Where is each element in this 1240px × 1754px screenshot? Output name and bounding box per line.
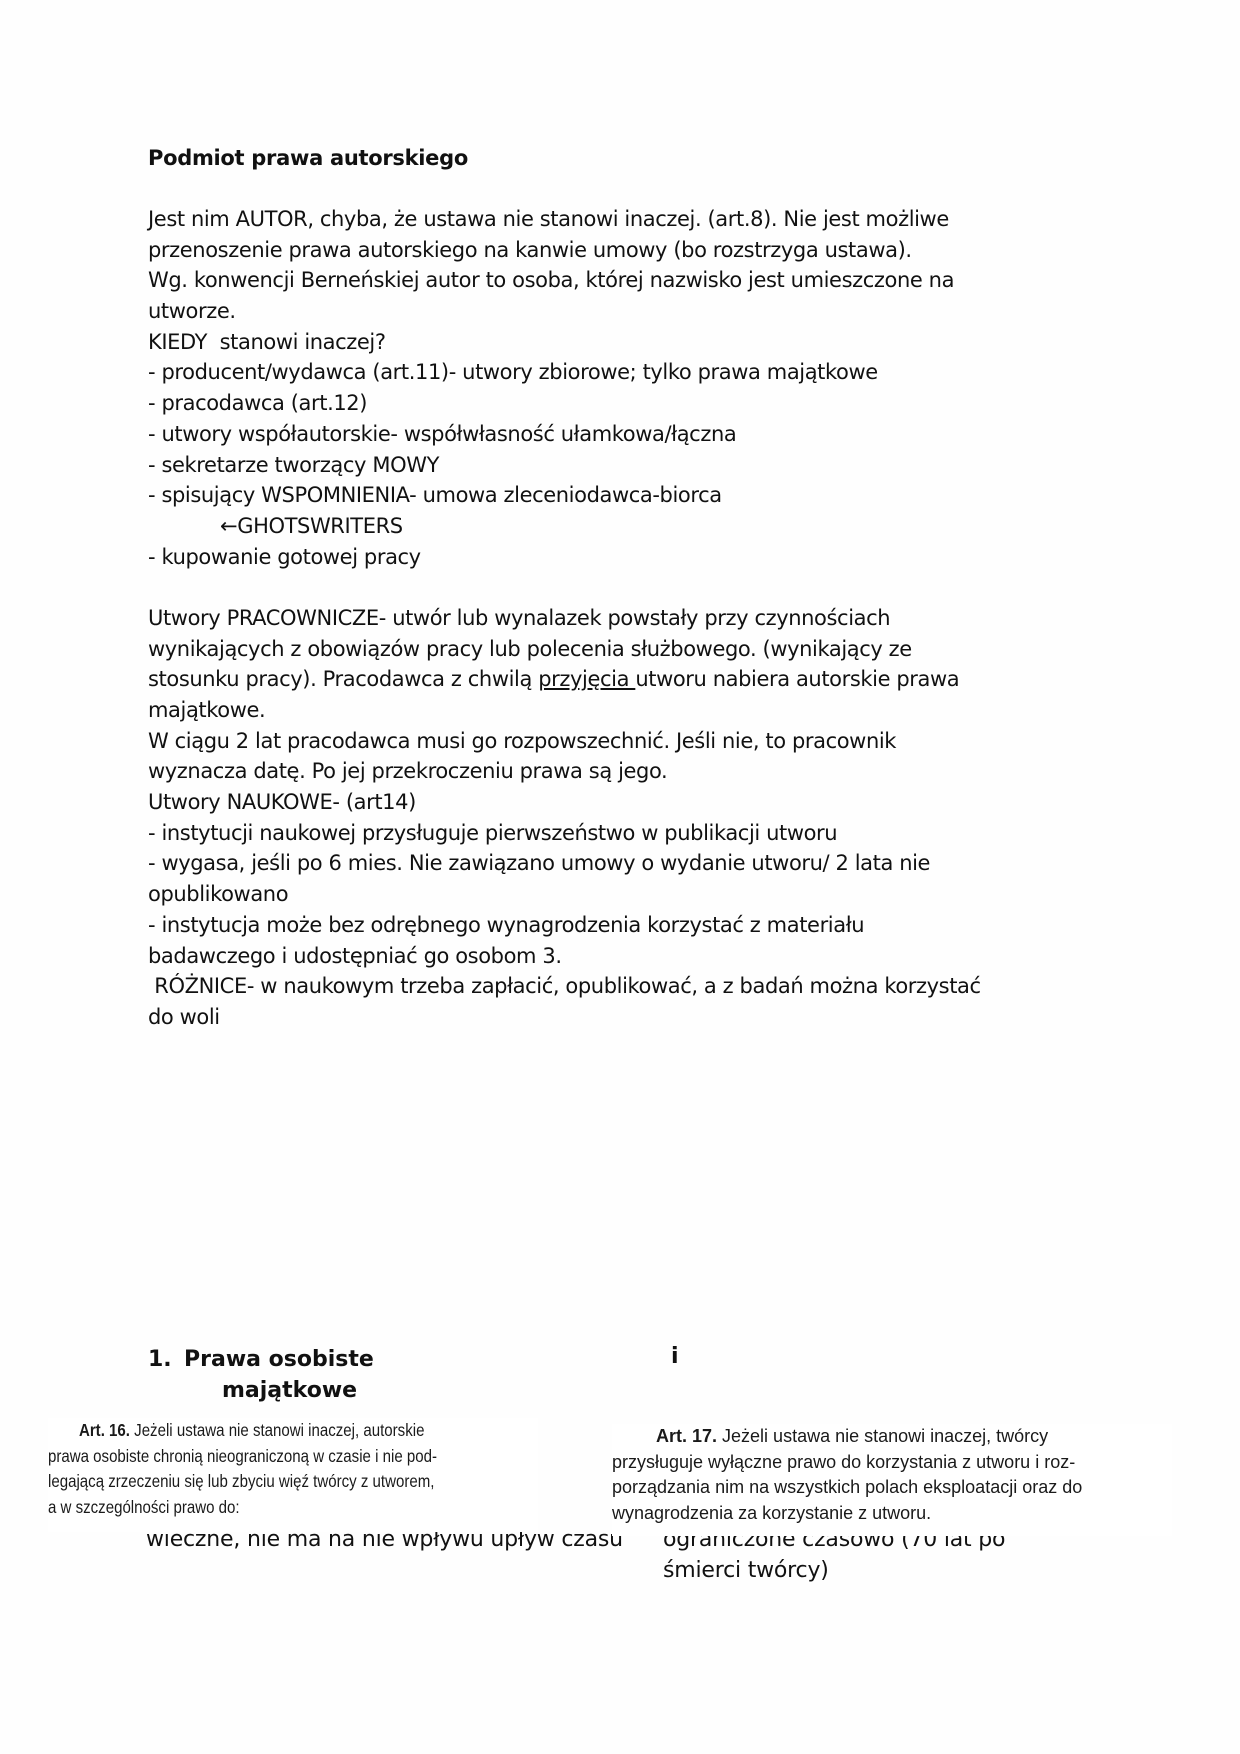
paragraph-line: Wg. konwencji Berneńskiej autor to osoba…	[148, 265, 1108, 296]
paragraph-line: KIEDY stanowi inaczej?	[148, 327, 1108, 358]
paragraph-line: Utwory NAUKOWE- (art14)	[148, 787, 1108, 818]
article-text: Jeżeli ustawa nie stanowi inaczej, autor…	[130, 1420, 424, 1440]
article-16-label: Art. 16.	[79, 1420, 130, 1440]
ghostwriters-note: ←GHOTSWRITERS	[148, 511, 1108, 542]
list-item: - wygasa, jeśli po 6 mies. Nie zawiązano…	[148, 848, 1108, 879]
section-heading: 1.Prawa osobiste majątkowe	[148, 1344, 374, 1406]
paragraph-line: do woli	[148, 1002, 1108, 1033]
paragraph-line: przenoszenie prawa autorskiego na kanwie…	[148, 235, 1108, 266]
article-line: a w szczególności prawo do:	[48, 1495, 538, 1521]
paragraph-line: Jest nim AUTOR, chyba, że ustawa nie sta…	[148, 204, 1108, 235]
paragraph-line: badawczego i udostępniać go osobom 3.	[148, 941, 1108, 972]
article-17-label: Art. 17.	[656, 1426, 717, 1446]
property-rights-note-cont: śmierci twórcy)	[663, 1555, 829, 1586]
list-item: - spisujący WSPOMNIENIA- umowa zleceniod…	[148, 480, 1108, 511]
list-item: - instytucja może bez odrębnego wynagrod…	[148, 910, 1108, 941]
list-item: - kupowanie gotowej pracy	[148, 542, 1108, 573]
blank-line	[148, 572, 1108, 603]
article-text: Jeżeli ustawa nie stanowi inaczej, twórc…	[717, 1426, 1048, 1446]
paragraph-line: RÓŻNICE- w naukowym trzeba zapłacić, opu…	[148, 971, 1108, 1002]
text-span: utworu nabiera autorskie prawa	[635, 667, 959, 691]
section-heading-line2: majątkowe	[148, 1375, 374, 1406]
paragraph-line: wyznacza datę. Po jej przekroczeniu praw…	[148, 756, 1108, 787]
article-line: wynagrodzenia za korzystanie z utworu.	[612, 1501, 1172, 1527]
paragraph-line: stosunku pracy). Pracodawca z chwilą prz…	[148, 664, 1108, 695]
underlined-word: przyjęcia	[538, 667, 635, 691]
list-item: - utwory współautorskie- współwłasność u…	[148, 419, 1108, 450]
paragraph-line: Utwory PRACOWNICZE- utwór lub wynalazek …	[148, 603, 1108, 634]
paragraph-line: opublikowano	[148, 879, 1108, 910]
section-number: 1.	[148, 1344, 184, 1375]
document-body: Jest nim AUTOR, chyba, że ustawa nie sta…	[148, 204, 1108, 1033]
article-17-excerpt: Art. 17. Jeżeli ustawa nie stanowi inacz…	[612, 1424, 1172, 1536]
section-heading-connector: i	[671, 1344, 679, 1369]
list-item: - instytucji naukowej przysługuje pierws…	[148, 818, 1108, 849]
article-16-excerpt: Art. 16. Jeżeli ustawa nie stanowi inacz…	[48, 1418, 538, 1532]
list-item: - producent/wydawca (art.11)- utwory zbi…	[148, 357, 1108, 388]
article-16-first-line: Art. 16. Jeżeli ustawa nie stanowi inacz…	[48, 1418, 538, 1444]
document-title: Podmiot prawa autorskiego	[148, 146, 468, 170]
article-line: porządzania nim na wszystkich polach eks…	[612, 1475, 1172, 1501]
article-line: przysługuje wyłączne prawo do korzystani…	[612, 1450, 1172, 1476]
article-17-first-line: Art. 17. Jeżeli ustawa nie stanowi inacz…	[612, 1424, 1172, 1450]
paragraph-line: majątkowe.	[148, 695, 1108, 726]
paragraph-line: wynikających z obowiązów pracy lub polec…	[148, 634, 1108, 665]
paragraph-line: utworze.	[148, 296, 1108, 327]
paragraph-line: W ciągu 2 lat pracodawca musi go rozpows…	[148, 726, 1108, 757]
list-item: - pracodawca (art.12)	[148, 388, 1108, 419]
section-heading-line1: Prawa osobiste	[184, 1347, 374, 1372]
article-line: legającą zrzeczeniu się lub zbyciu więź …	[48, 1469, 538, 1495]
article-line: prawa osobiste chronią nieograniczoną w …	[48, 1444, 538, 1470]
document-page: Podmiot prawa autorskiego Jest nim AUTOR…	[0, 0, 1240, 1754]
text-span: stosunku pracy). Pracodawca z chwilą	[148, 667, 538, 691]
list-item: - sekretarze tworzący MOWY	[148, 450, 1108, 481]
